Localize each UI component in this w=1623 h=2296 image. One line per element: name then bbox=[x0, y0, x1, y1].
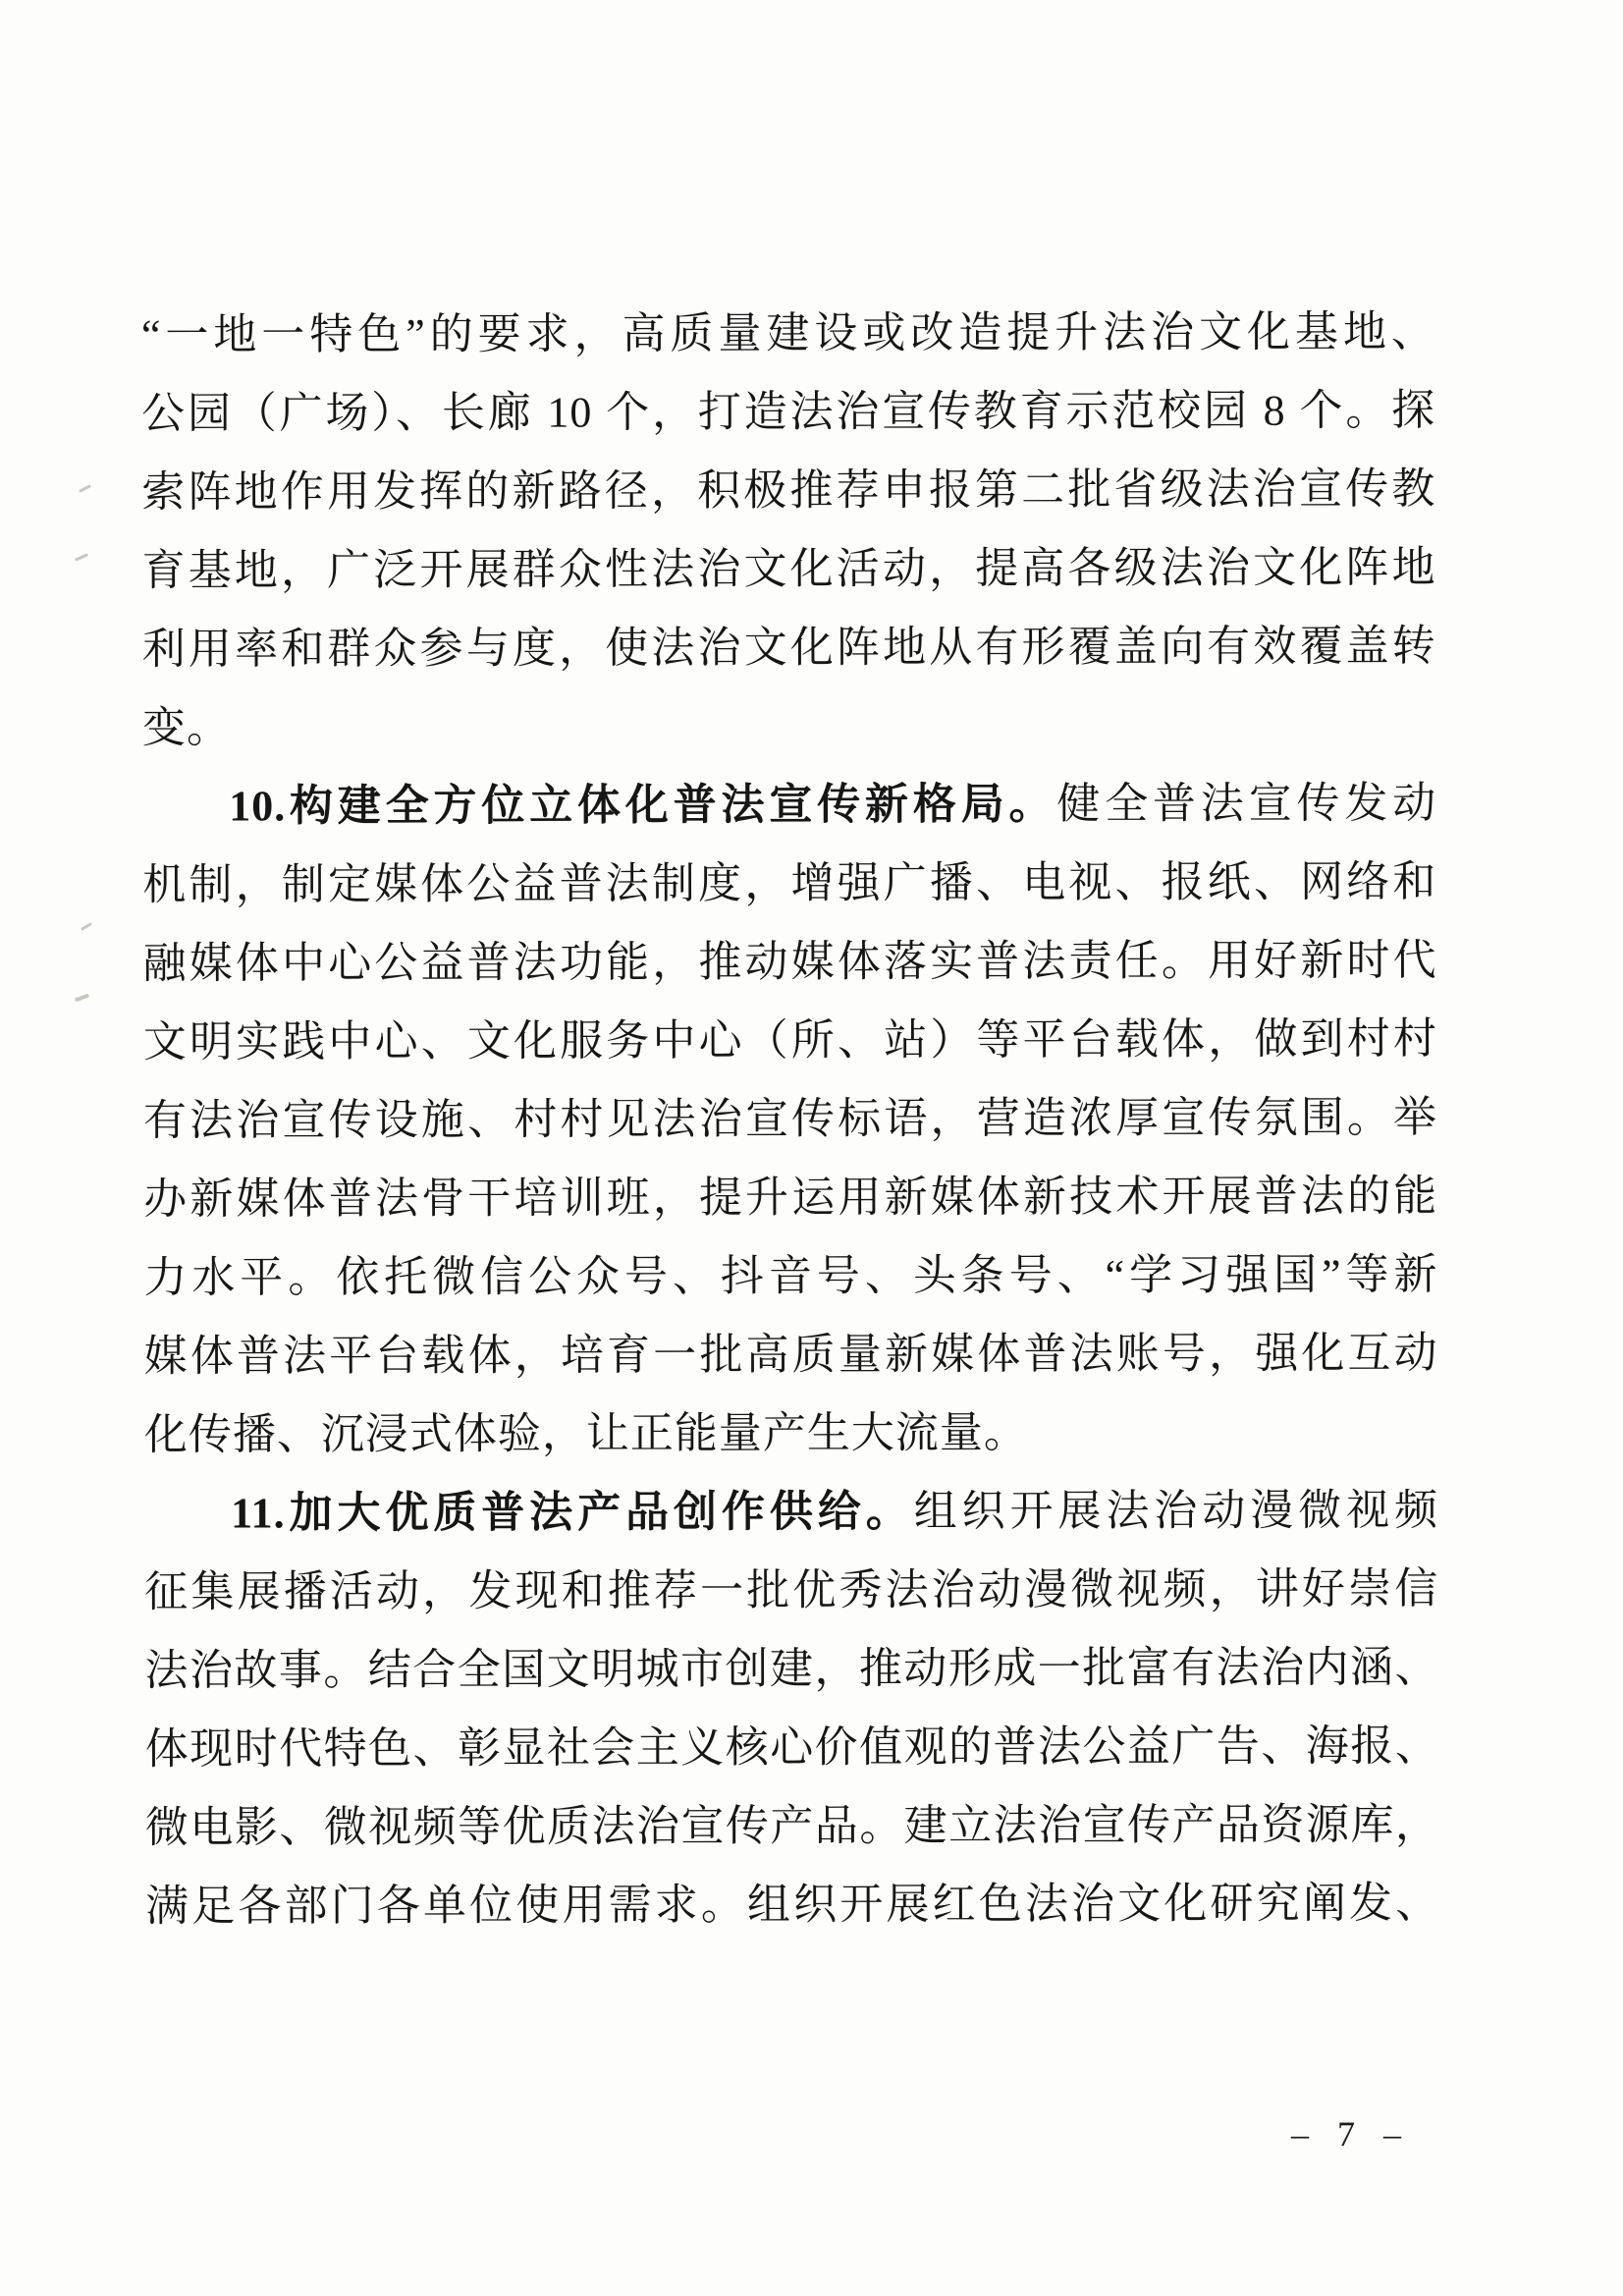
text-line-content: 力水平。依托微信公众号、抖音号、头条号、“学习强国”等新 bbox=[143, 1250, 1437, 1301]
text-line-content: 办新媒体普法骨干培训班，提升运用新媒体新技术开展普法的能 bbox=[143, 1172, 1437, 1223]
section-10-heading: 10.构建全方位立体化普法宣传新格局。 bbox=[229, 780, 1056, 830]
text-line-content: 法治故事。结合全国文明城市创建，推动形成一批富有法治内涵、 bbox=[144, 1643, 1438, 1694]
text-line: 利用率和群众参与度，使法治文化阵地从有形覆盖向有效覆盖转 bbox=[142, 607, 1436, 688]
text-line-content: 化传播、沉浸式体验，让正能量产生大流量。 bbox=[144, 1408, 1028, 1458]
text-line: 体现时代特色、彰显社会主义核心价值观的普法公益广告、海报、 bbox=[145, 1707, 1439, 1788]
text-line: 有法治宣传设施、村村见法治宣传标语，营造浓厚宣传氛围。举 bbox=[143, 1078, 1437, 1160]
text-line: 征集展播活动，发现和推荐一批优秀法治动漫微视频，讲好崇信 bbox=[144, 1550, 1438, 1631]
text-line-content: 征集展播活动，发现和推荐一批优秀法治动漫微视频，讲好崇信 bbox=[144, 1564, 1438, 1615]
text-line: 育基地，广泛开展群众性法治文化活动，提高各级法治文化阵地 bbox=[141, 528, 1435, 610]
scan-artifact bbox=[79, 484, 91, 493]
text-line-content: 公园（广场）、长廊 10 个，打造法治宣传教育示范校园 8 个。探 bbox=[141, 386, 1435, 437]
text-line-content: 利用率和群众参与度，使法治文化阵地从有形覆盖向有效覆盖转 bbox=[142, 622, 1436, 673]
text-line: 索阵地作用发挥的新路径，积极推荐申报第二批省级法治宣传教 bbox=[141, 450, 1435, 531]
text-line: 融媒体中心公益普法功能，推动媒体落实普法责任。用好新时代 bbox=[142, 921, 1436, 1003]
text-line-content: 变。 bbox=[142, 703, 231, 751]
text-line-content: 文明实践中心、文化服务中心（所、站）等平台载体，做到村村 bbox=[143, 1014, 1437, 1066]
text-line: 机制，制定媒体公益普法制度，增强广播、电视、报纸、网络和 bbox=[142, 843, 1436, 924]
body-text: “一地一特色”的要求，高质量建设或改造提升法治文化基地、 公园（广场）、长廊 1… bbox=[141, 293, 1439, 1945]
section-10-heading-line: 10.构建全方位立体化普法宣传新格局。健全普法宣传发动 bbox=[142, 764, 1436, 846]
text-line-content: 微电影、微视频等优质法治宣传产品。建立法治宣传产品资源库， bbox=[145, 1800, 1439, 1851]
text-line-content: 满足各部门各单位使用需求。组织开展红色法治文化研究阐发、 bbox=[145, 1879, 1439, 1930]
text-line-content: 健全普法宣传发动 bbox=[1056, 779, 1436, 828]
text-line: 力水平。依托微信公众号、抖音号、头条号、“学习强国”等新 bbox=[143, 1235, 1437, 1317]
text-line: 公园（广场）、长廊 10 个，打造法治宣传教育示范校园 8 个。探 bbox=[141, 371, 1435, 453]
text-line-content: “一地一特色”的要求，高质量建设或改造提升法治文化基地、 bbox=[141, 307, 1435, 358]
text-line-content: 体现时代特色、彰显社会主义核心价值观的普法公益广告、海报、 bbox=[145, 1722, 1439, 1773]
text-line-content: 融媒体中心公益普法功能，推动媒体落实普法责任。用好新时代 bbox=[143, 936, 1437, 987]
text-line-content: 索阵地作用发挥的新路径，积极推荐申报第二批省级法治宣传教 bbox=[141, 465, 1435, 516]
text-line-content: 媒体普法平台载体，培育一批高质量新媒体普法账号，强化互动 bbox=[144, 1329, 1438, 1380]
page-number: – 7 – bbox=[1272, 2113, 1430, 2155]
section-11-heading-line: 11.加大优质普法产品创作供给。组织开展法治动漫微视频 bbox=[144, 1471, 1438, 1553]
text-line: 法治故事。结合全国文明城市创建，推动形成一批富有法治内涵、 bbox=[144, 1628, 1438, 1710]
section-11-heading: 11.加大优质普法产品创作供给。 bbox=[231, 1488, 914, 1538]
text-line-content: 机制，制定媒体公益普法制度，增强广播、电视、报纸、网络和 bbox=[142, 857, 1436, 908]
text-line: 媒体普法平台载体，培育一批高质量新媒体普法账号，强化互动 bbox=[144, 1314, 1438, 1395]
text-line: 满足各部门各单位使用需求。组织开展红色法治文化研究阐发、 bbox=[145, 1864, 1439, 1945]
text-line-content: 育基地，广泛开展群众性法治文化活动，提高各级法治文化阵地 bbox=[141, 543, 1435, 594]
text-line: 微电影、微视频等优质法治宣传产品。建立法治宣传产品资源库， bbox=[145, 1785, 1439, 1867]
text-line: “一地一特色”的要求，高质量建设或改造提升法治文化基地、 bbox=[141, 293, 1435, 374]
scan-artifact bbox=[75, 994, 89, 1003]
text-line: 变。 bbox=[142, 685, 1436, 767]
text-line-content: 组织开展法治动漫微视频 bbox=[914, 1486, 1438, 1535]
text-line: 办新媒体普法骨干培训班，提升运用新媒体新技术开展普法的能 bbox=[143, 1157, 1437, 1238]
scan-artifact bbox=[75, 553, 88, 561]
text-line: 文明实践中心、文化服务中心（所、站）等平台载体，做到村村 bbox=[143, 1000, 1437, 1081]
scan-artifact bbox=[81, 922, 92, 931]
text-line-content: 有法治宣传设施、村村见法治宣传标语，营造浓厚宣传氛围。举 bbox=[143, 1093, 1437, 1144]
document-page: “一地一特色”的要求，高质量建设或改造提升法治文化基地、 公园（广场）、长廊 1… bbox=[0, 0, 1623, 2296]
text-line: 化传播、沉浸式体验，让正能量产生大流量。 bbox=[144, 1393, 1438, 1474]
